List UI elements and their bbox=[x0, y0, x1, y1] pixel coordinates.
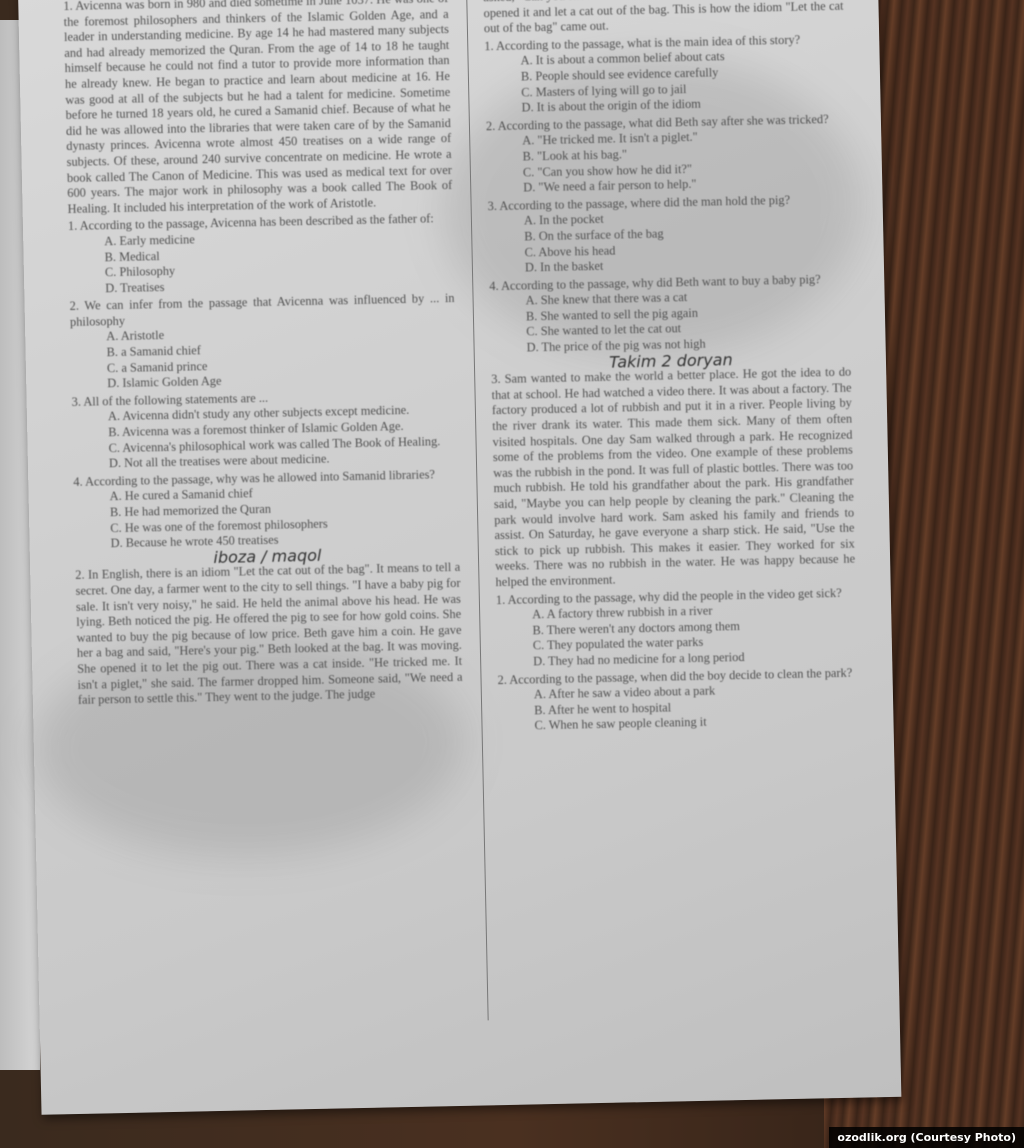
right-questions: 1. According to the passage, what is the… bbox=[484, 31, 851, 356]
passage-avicenna: 1. Avicenna was born in 980 and died som… bbox=[63, 0, 452, 217]
right-column: asked, "Can you show how he did it?" "Lo… bbox=[483, 0, 859, 735]
photo-credit: ozodlik.org (Courtesy Photo) bbox=[829, 1127, 1024, 1148]
left-questions: 1. According to the passage, Avicenna ha… bbox=[68, 211, 460, 552]
left-column: 1. Avicenna was born in 980 and died som… bbox=[63, 0, 463, 709]
passage-idiom: 2. In English, there is an idiom "Let th… bbox=[75, 560, 463, 708]
exam-sheet: 1. Avicenna was born in 980 and died som… bbox=[18, 0, 901, 1115]
passage-idiom-cont: asked, "Can you show how he did it?" "Lo… bbox=[483, 0, 844, 37]
passage-sam: 3. Sam wanted to make the world a better… bbox=[491, 365, 855, 591]
right-questions-2: 1. According to the passage, why did the… bbox=[496, 585, 859, 735]
